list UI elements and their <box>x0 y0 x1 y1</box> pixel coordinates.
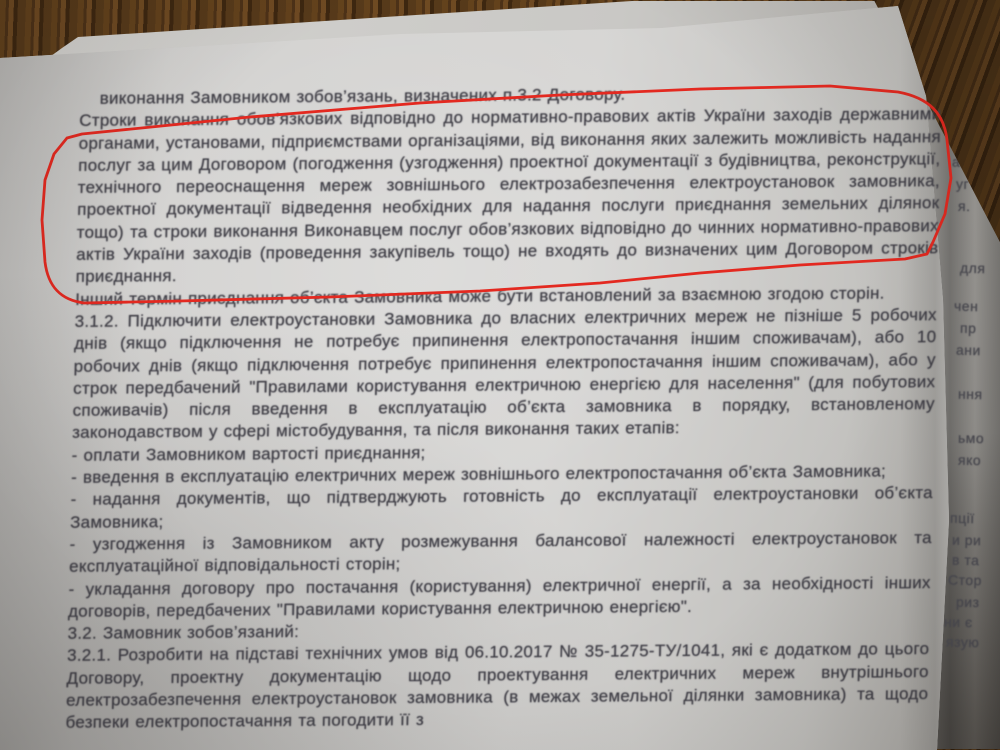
red-pen-circle-annotation <box>0 0 1000 750</box>
red-pen-stroke <box>42 86 951 303</box>
photo-of-document: місц аних уг з я. для чен пр ани ння ьмо… <box>0 0 1000 750</box>
